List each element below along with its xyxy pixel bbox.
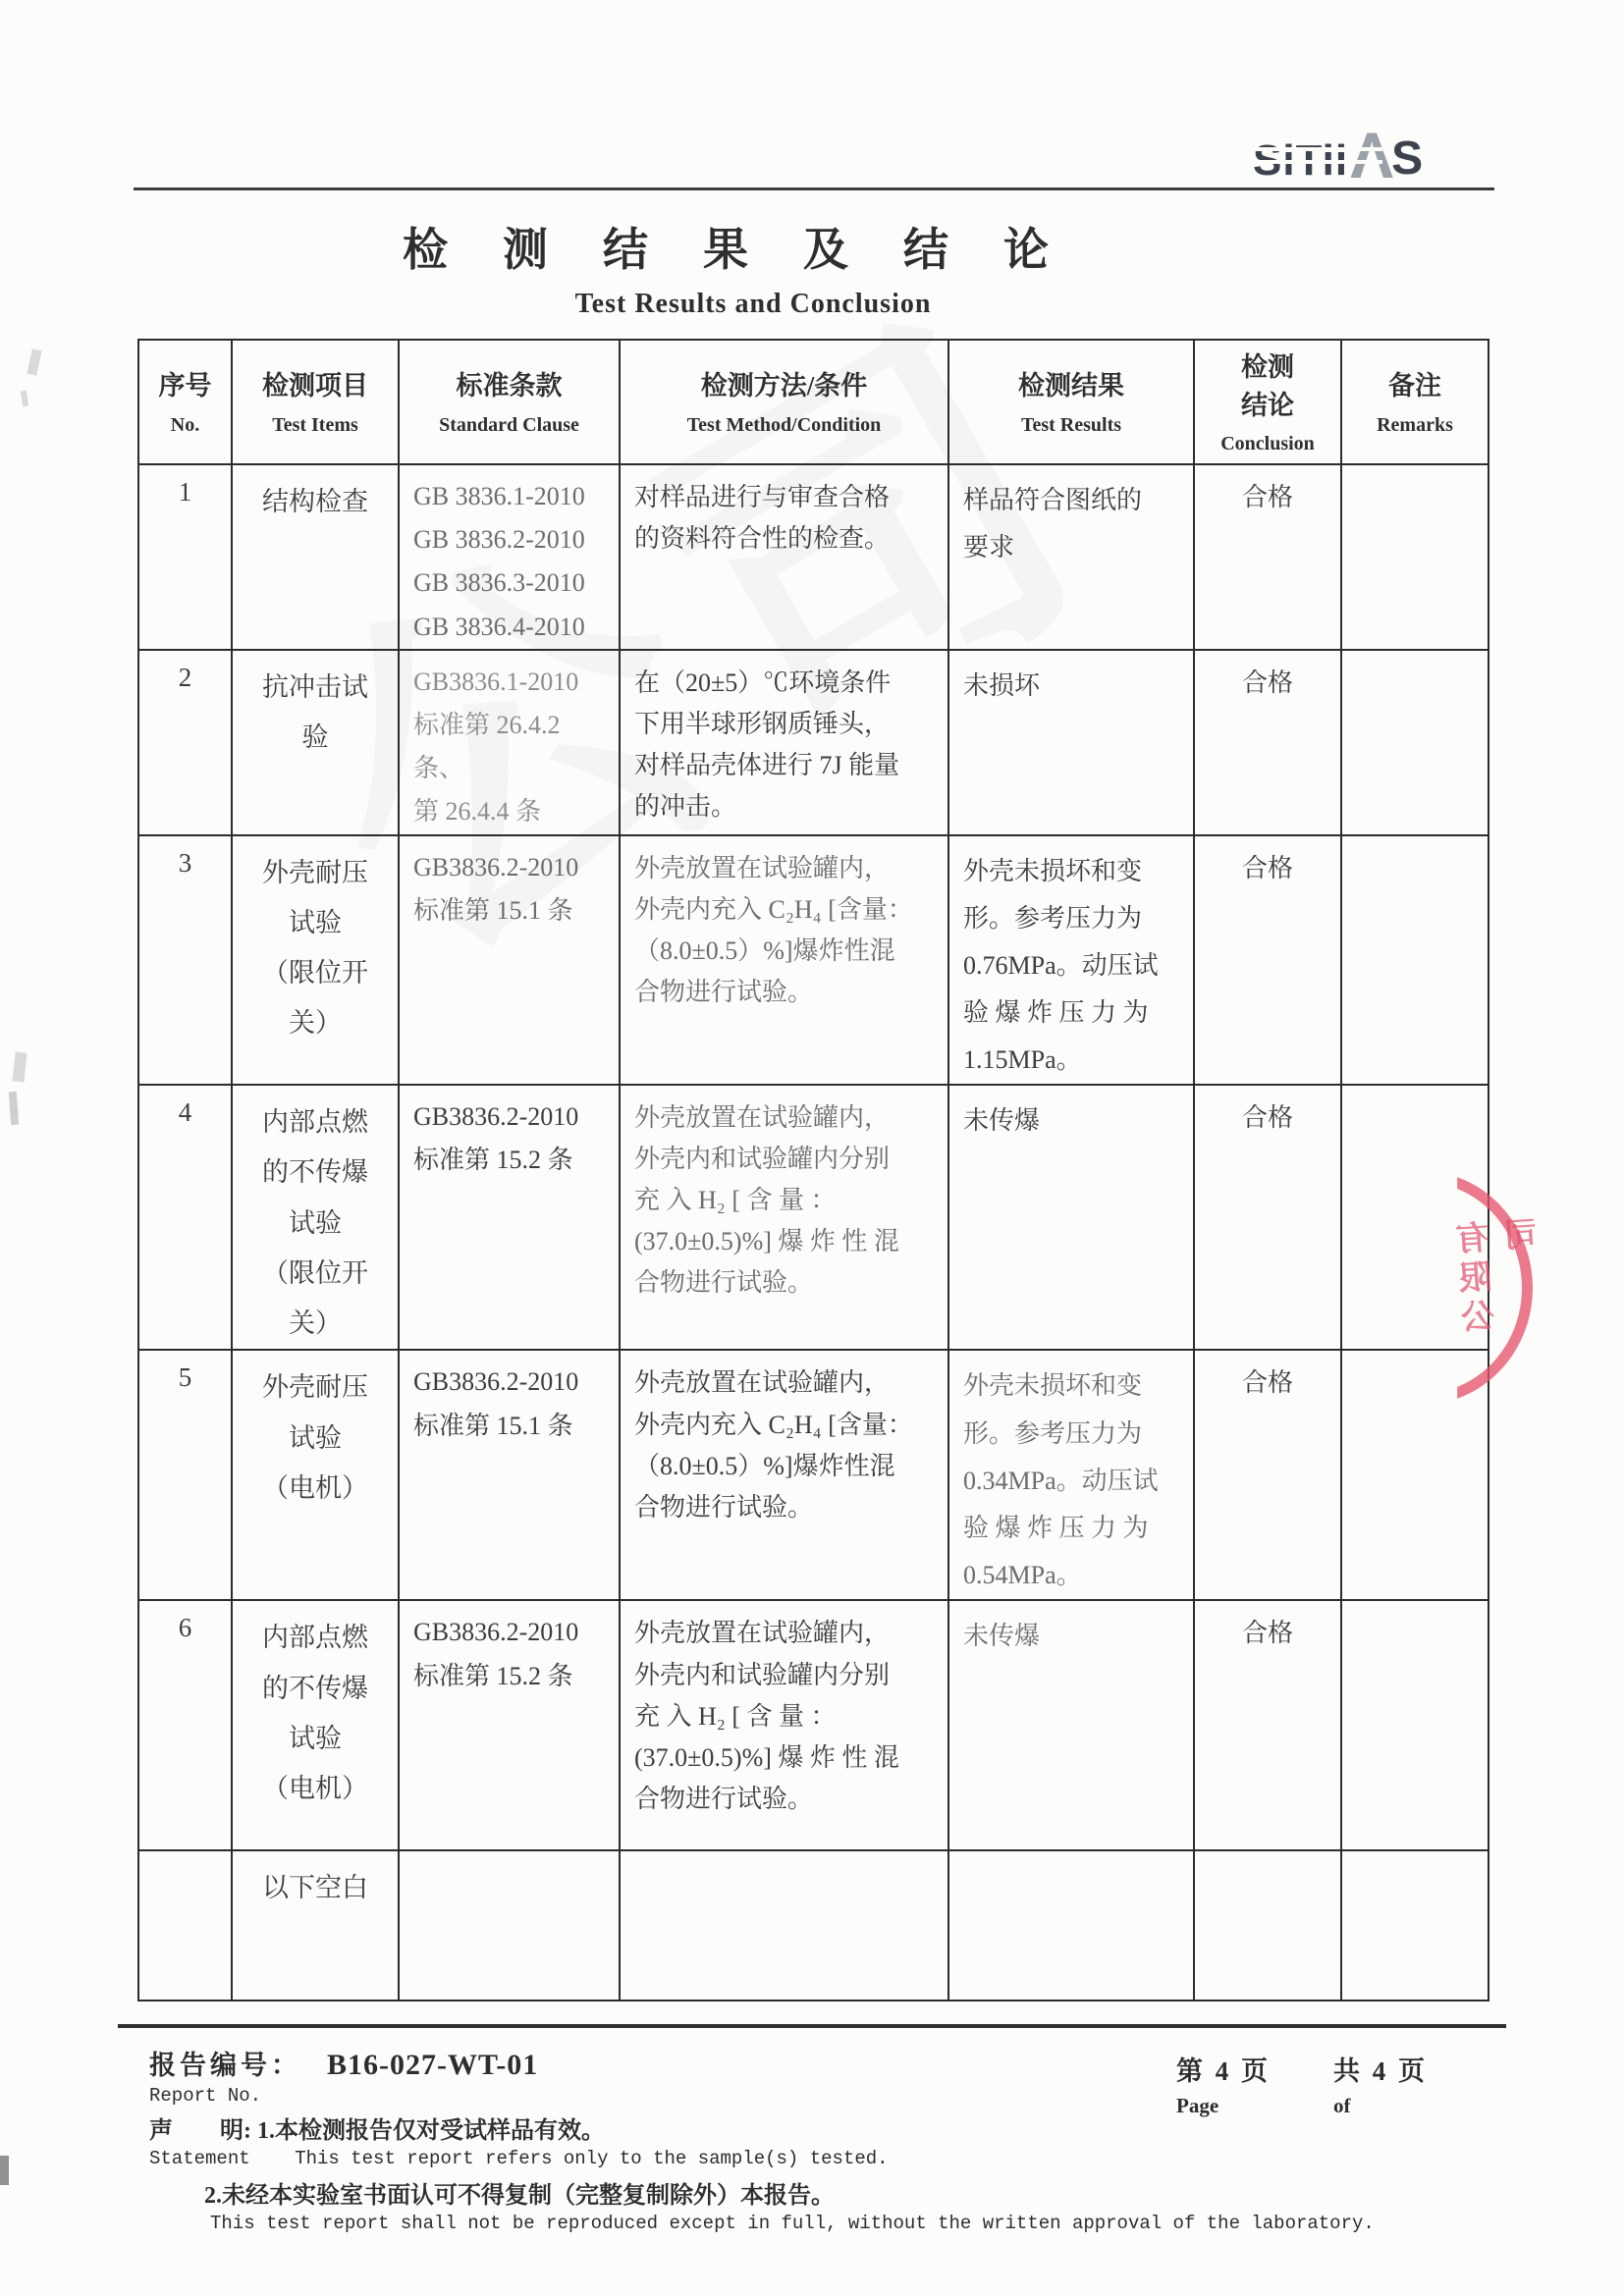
scan-artifact bbox=[0, 2156, 9, 2185]
scan-artifact bbox=[21, 391, 28, 407]
cell-standard-clause: GB3836.1-2010 标准第 26.4.2 条、 第 26.4.4 条 bbox=[399, 650, 620, 835]
cell-no: 5 bbox=[138, 1350, 232, 1600]
cell-no: 6 bbox=[138, 1600, 232, 1850]
statement-2-en: This test report shall not be reproduced… bbox=[210, 2213, 1229, 2234]
cell-standard-clause: GB3836.2-2010 标准第 15.2 条 bbox=[399, 1085, 620, 1350]
header-results-cn: 检测结果 bbox=[953, 367, 1189, 405]
statement-1-en: Statement This test report refers only t… bbox=[149, 2148, 1229, 2169]
table-row: 6 内部点燃 的不传爆 试验 （电机） GB3836.2-2010 标准第 15… bbox=[138, 1600, 1489, 1850]
cell-test-item: 结构检查 bbox=[232, 464, 399, 650]
cell-conclusion: 合格 bbox=[1194, 464, 1341, 650]
of-label-en: of bbox=[1333, 2094, 1490, 2118]
cell-test-item: 抗冲击试 验 bbox=[232, 650, 399, 835]
page-title-en: Test Results and Conclusion bbox=[0, 289, 1506, 320]
cell-remarks bbox=[1341, 1600, 1489, 1850]
cell-test-method: 外壳放置在试验罐内， 外壳内和试验罐内分别 充 入 H₂ [ 含 量 ： (37… bbox=[620, 1600, 948, 1850]
header-conclusion-cn: 检测 结论 bbox=[1199, 348, 1336, 425]
cell-below-blank: 以下空白 bbox=[232, 1850, 399, 2001]
page-title-cn: 检测结果及结论 bbox=[0, 214, 1506, 279]
cell-test-item: 外壳耐压 试验 （限位开 关） bbox=[232, 835, 399, 1085]
footer-rule bbox=[118, 2024, 1506, 2028]
header-conclusion: 检测 结论Conclusion bbox=[1194, 340, 1341, 464]
footer-block: 报告编号： B16-027-WT-01 Report No. 声 明: 1.本检… bbox=[149, 2044, 1229, 2234]
cell-remarks bbox=[1341, 835, 1489, 1085]
header-method-en: Test Method/Condition bbox=[624, 414, 944, 437]
header-results-en: Test Results bbox=[953, 414, 1189, 437]
scan-artifact bbox=[12, 1051, 27, 1082]
table-row: 2 抗冲击试 验 GB3836.1-2010 标准第 26.4.2 条、 第 2… bbox=[138, 650, 1489, 835]
cell-remarks bbox=[1341, 1350, 1489, 1600]
statement-2-cn: 2.未经本实验室书面认可不得复制（完整复制除外）本报告。 bbox=[204, 2175, 1229, 2210]
cell-test-method: 在（20±5）℃环境条件 下用半球形钢质锤头， 对样品壳体进行 7J 能量 的冲… bbox=[620, 650, 948, 835]
cell-standard-clause bbox=[399, 1850, 620, 2001]
header-method-cn: 检测方法/条件 bbox=[624, 367, 944, 405]
report-no-value: B16-027-WT-01 bbox=[327, 2049, 538, 2082]
cell-test-method: 外壳放置在试验罐内， 外壳内充入 C₂H₄ [含量： （8.0±0.5）%]爆炸… bbox=[620, 835, 948, 1085]
statement-label-cn: 声 明: bbox=[149, 2110, 251, 2145]
cell-test-method: 外壳放置在试验罐内， 外壳内和试验罐内分别 充 入 H₂ [ 含 量 ： (37… bbox=[620, 1085, 948, 1350]
report-no-line: 报告编号： B16-027-WT-01 bbox=[149, 2044, 1229, 2082]
cell-remarks bbox=[1341, 464, 1489, 650]
report-page: 公司 SiTiiΛS 检测结果及结论 Test Results and Conc… bbox=[0, 0, 1624, 2296]
cell-test-result bbox=[948, 1850, 1194, 2001]
header-rule bbox=[134, 187, 1494, 190]
cell-test-result: 外壳未损坏和变 形。参考压力为 0.76MPa。动压试 验 爆 炸 压 力 为 … bbox=[948, 835, 1194, 1085]
cell-conclusion: 合格 bbox=[1194, 650, 1341, 835]
table-row: 3 外壳耐压 试验 （限位开 关） GB3836.2-2010 标准第 15.1… bbox=[138, 835, 1489, 1085]
cell-conclusion: 合格 bbox=[1194, 1085, 1341, 1350]
header-clause-en: Standard Clause bbox=[404, 414, 615, 437]
cell-conclusion bbox=[1194, 1850, 1341, 2001]
cell-test-result: 未传爆 bbox=[948, 1085, 1194, 1350]
sitiias-logo: SiTiiΛS bbox=[1253, 108, 1423, 183]
cell-test-result: 未传爆 bbox=[948, 1600, 1194, 1850]
cell-standard-clause: GB3836.2-2010 标准第 15.1 条 bbox=[399, 1350, 620, 1600]
cell-no: 3 bbox=[138, 835, 232, 1085]
cell-no bbox=[138, 1850, 232, 2001]
scan-artifact bbox=[27, 348, 41, 376]
cell-standard-clause: GB3836.2-2010 标准第 15.1 条 bbox=[399, 835, 620, 1085]
header-items-en: Test Items bbox=[237, 414, 394, 437]
header-no-en: No. bbox=[143, 414, 227, 437]
cell-test-result: 样品符合图纸的 要求 bbox=[948, 464, 1194, 650]
cell-test-result: 外壳未损坏和变 形。参考压力为 0.34MPa。动压试 验 爆 炸 压 力 为 … bbox=[948, 1350, 1194, 1600]
table-row: 1 结构检查 GB 3836.1-2010 GB 3836.2-2010 GB … bbox=[138, 464, 1489, 650]
logo-text-right: S bbox=[1391, 135, 1423, 183]
scan-artifact bbox=[9, 1092, 19, 1125]
cell-no: 1 bbox=[138, 464, 232, 650]
cell-test-item: 内部点燃 的不传爆 试验 （电机） bbox=[232, 1600, 399, 1850]
header-clause-cn: 标准条款 bbox=[404, 367, 615, 405]
page-number-cn: 第 4 页 bbox=[1176, 2050, 1333, 2088]
cell-remarks bbox=[1341, 1850, 1489, 2001]
title-block: 检测结果及结论 Test Results and Conclusion bbox=[0, 214, 1506, 320]
results-table: 序号No. 检测项目Test Items 标准条款Standard Clause… bbox=[137, 339, 1489, 2002]
cell-standard-clause: GB 3836.1-2010 GB 3836.2-2010 GB 3836.3-… bbox=[399, 464, 620, 650]
header-test-items: 检测项目Test Items bbox=[232, 340, 399, 464]
header-test-results: 检测结果Test Results bbox=[948, 340, 1194, 464]
statement-1-cn: 1.本检测报告仅对受试样品有效。 bbox=[257, 2110, 605, 2145]
cell-remarks bbox=[1341, 1085, 1489, 1350]
header-items-cn: 检测项目 bbox=[237, 367, 394, 405]
header-conclusion-en: Conclusion bbox=[1199, 433, 1336, 455]
logo-stripe bbox=[1253, 160, 1382, 164]
cell-no: 2 bbox=[138, 650, 232, 835]
logo-stripe bbox=[1253, 147, 1382, 151]
table-header-row: 序号No. 检测项目Test Items 标准条款Standard Clause… bbox=[138, 340, 1489, 464]
statement-line-1: 声 明: 1.本检测报告仅对受试样品有效。 bbox=[149, 2110, 1229, 2145]
header-remarks-en: Remarks bbox=[1346, 414, 1484, 437]
page-number-block: 第 4 页 共 4 页 Page of bbox=[1176, 2050, 1490, 2118]
cell-test-method: 外壳放置在试验罐内， 外壳内充入 C₂H₄ [含量： （8.0±0.5）%]爆炸… bbox=[620, 1350, 948, 1600]
cell-test-item: 内部点燃 的不传爆 试验 （限位开 关） bbox=[232, 1085, 399, 1350]
cell-test-method bbox=[620, 1850, 948, 2001]
header-remarks-cn: 备注 bbox=[1346, 367, 1484, 405]
header-remarks: 备注Remarks bbox=[1341, 340, 1489, 464]
cell-conclusion: 合格 bbox=[1194, 835, 1341, 1085]
page-label-en: Page bbox=[1176, 2094, 1333, 2118]
table-row: 5 外壳耐压 试验 （电机） GB3836.2-2010 标准第 15.1 条 … bbox=[138, 1350, 1489, 1600]
logo-a-glyph: Λ bbox=[1350, 128, 1393, 183]
table-row-blank: 以下空白 bbox=[138, 1850, 1489, 2001]
header-standard-clause: 标准条款Standard Clause bbox=[399, 340, 620, 464]
cell-standard-clause: GB3836.2-2010 标准第 15.2 条 bbox=[399, 1600, 620, 1850]
cell-test-method: 对样品进行与审查合格 的资料符合性的检查。 bbox=[620, 464, 948, 650]
cell-test-item: 外壳耐压 试验 （电机） bbox=[232, 1350, 399, 1600]
header-test-method: 检测方法/条件Test Method/Condition bbox=[620, 340, 948, 464]
report-no-label-en: Report No. bbox=[149, 2085, 1229, 2107]
cell-test-result: 未损坏 bbox=[948, 650, 1194, 835]
header-no: 序号No. bbox=[138, 340, 232, 464]
cell-conclusion: 合格 bbox=[1194, 1350, 1341, 1600]
table-row: 4 内部点燃 的不传爆 试验 （限位开 关） GB3836.2-2010 标准第… bbox=[138, 1085, 1489, 1350]
report-no-label-cn: 报告编号： bbox=[149, 2044, 301, 2082]
cell-no: 4 bbox=[138, 1085, 232, 1350]
page-total-cn: 共 4 页 bbox=[1333, 2050, 1490, 2088]
cell-conclusion: 合格 bbox=[1194, 1600, 1341, 1850]
header-no-cn: 序号 bbox=[143, 367, 227, 405]
cell-remarks bbox=[1341, 650, 1489, 835]
